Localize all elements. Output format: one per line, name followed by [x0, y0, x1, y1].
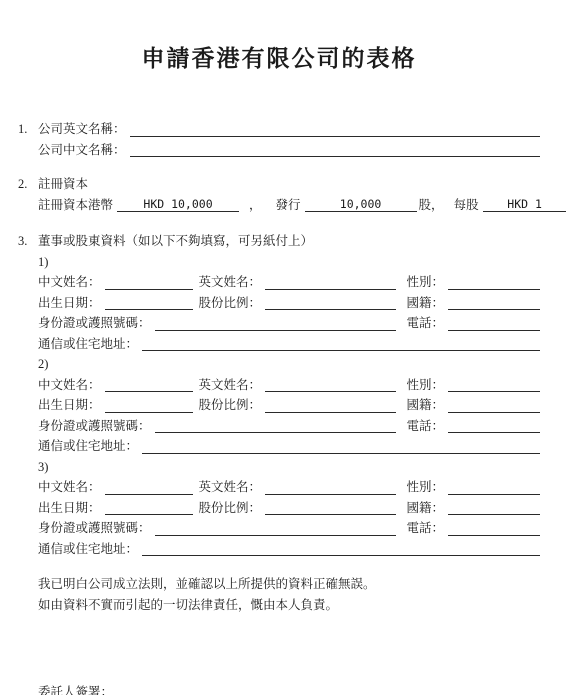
member-block: 1) 中文姓名： 英文姓名： 性別： 出生日期： 股份比例： 國籍： 身份證或護…: [18, 252, 540, 355]
nationality-field[interactable]: [448, 397, 540, 413]
gender-label: 性別：: [406, 272, 444, 293]
member-address-row: 通信或住宅地址：: [38, 436, 540, 457]
registered-capital-heading: 註冊資本: [38, 174, 88, 195]
address-field[interactable]: [142, 540, 540, 556]
birth-date-label: 出生日期：: [38, 498, 101, 519]
declaration-line2-row: 如由資料不實而引起的一切法律責任，慨由本人負責。: [38, 595, 540, 616]
id-passport-label: 身份證或護照號碼：: [38, 518, 151, 539]
company-chinese-name-label: 公司中文名稱：: [38, 140, 126, 161]
chinese-name-field[interactable]: [105, 274, 193, 290]
directors-heading: 董事或股東資料（如以下不夠填寫，可另紙付上）: [38, 231, 313, 252]
declaration-line1: 我已明白公司成立法則，並確認以上所提供的資料正確無誤。: [38, 574, 376, 595]
member-block: 3) 中文姓名： 英文姓名： 性別： 出生日期： 股份比例： 國籍： 身份證或護…: [18, 457, 540, 560]
phone-field[interactable]: [448, 315, 540, 331]
id-passport-label: 身份證或護照號碼：: [38, 313, 151, 334]
declaration-line2: 如由資料不實而引起的一切法律責任，慨由本人負責。: [38, 595, 338, 616]
section3-number: 3.: [18, 231, 38, 252]
directors-heading-row: 3. 董事或股東資料（如以下不夠填寫，可另紙付上）: [18, 231, 540, 252]
share-ratio-field[interactable]: [265, 499, 396, 515]
member-address-row: 通信或住宅地址：: [38, 334, 540, 355]
nationality-label: 國籍：: [406, 498, 444, 519]
share-ratio-field[interactable]: [265, 397, 396, 413]
signature-row: 委託人簽署：: [38, 682, 540, 695]
per-share-price-field[interactable]: HKD 1: [483, 196, 566, 212]
birth-date-field[interactable]: [105, 499, 193, 515]
phone-field[interactable]: [448, 417, 540, 433]
issued-shares-field[interactable]: 10,000: [305, 196, 417, 212]
capital-hkd-label: 註冊資本港幣: [38, 195, 113, 216]
member-birth-row: 出生日期： 股份比例： 國籍：: [38, 498, 540, 519]
form-title: 申請香港有限公司的表格: [18, 40, 540, 73]
company-chinese-name-row: 公司中文名稱：: [38, 140, 540, 161]
gender-field[interactable]: [448, 376, 540, 392]
chinese-name-label: 中文姓名：: [38, 477, 101, 498]
birth-date-label: 出生日期：: [38, 293, 101, 314]
member-names-row: 中文姓名： 英文姓名： 性別：: [38, 477, 540, 498]
capital-amount-field[interactable]: HKD 10,000: [117, 196, 239, 212]
member-id-row: 身份證或護照號碼： 電話：: [38, 518, 540, 539]
member-id-row: 身份證或護照號碼： 電話：: [38, 313, 540, 334]
nationality-label: 國籍：: [406, 395, 444, 416]
member-index-row: 2): [38, 354, 540, 375]
member-index-label: 3): [38, 457, 48, 478]
company-english-name-row: 1. 公司英文名稱：: [18, 119, 540, 140]
per-share-label: 每股: [454, 195, 479, 216]
nationality-field[interactable]: [448, 499, 540, 515]
chinese-name-field[interactable]: [105, 376, 193, 392]
address-label: 通信或住宅地址：: [38, 436, 138, 457]
chinese-name-field[interactable]: [105, 479, 193, 495]
company-english-name-field[interactable]: [130, 121, 540, 137]
shares-suffix: 股，: [419, 195, 444, 216]
form-page: 申請香港有限公司的表格 1. 公司英文名稱： 公司中文名稱： 2. 註冊資本 註…: [0, 0, 566, 695]
share-ratio-field[interactable]: [265, 294, 396, 310]
member-id-row: 身份證或護照號碼： 電話：: [38, 416, 540, 437]
company-chinese-name-field[interactable]: [130, 141, 540, 157]
share-ratio-label: 股份比例：: [199, 293, 262, 314]
member-index-row: 1): [38, 252, 540, 273]
member-birth-row: 出生日期： 股份比例： 國籍：: [38, 395, 540, 416]
comma-separator: ，: [249, 195, 262, 216]
share-ratio-label: 股份比例：: [199, 498, 262, 519]
gender-label: 性別：: [406, 477, 444, 498]
birth-date-label: 出生日期：: [38, 395, 101, 416]
directors-shareholders-section: 3. 董事或股東資料（如以下不夠填寫，可另紙付上） 1) 中文姓名： 英文姓名：…: [18, 231, 540, 559]
member-birth-row: 出生日期： 股份比例： 國籍：: [38, 293, 540, 314]
address-field[interactable]: [142, 335, 540, 351]
english-name-field[interactable]: [265, 479, 396, 495]
gender-field[interactable]: [448, 274, 540, 290]
registered-capital-values-row: 註冊資本港幣 HKD 10,000 ， 發行 10,000 股， 每股 HKD …: [38, 195, 540, 216]
section2-number: 2.: [18, 174, 38, 195]
member-names-row: 中文姓名： 英文姓名： 性別：: [38, 272, 540, 293]
id-passport-field[interactable]: [155, 417, 397, 433]
members-list: 1) 中文姓名： 英文姓名： 性別： 出生日期： 股份比例： 國籍： 身份證或護…: [18, 252, 540, 560]
english-name-field[interactable]: [265, 274, 396, 290]
signature-field[interactable]: [119, 684, 267, 695]
share-ratio-label: 股份比例：: [199, 395, 262, 416]
issue-label: 發行: [276, 195, 301, 216]
birth-date-field[interactable]: [105, 294, 193, 310]
registered-capital-heading-row: 2. 註冊資本: [18, 174, 540, 195]
address-label: 通信或住宅地址：: [38, 539, 138, 560]
registered-capital-section: 2. 註冊資本 註冊資本港幣 HKD 10,000 ， 發行 10,000 股，…: [18, 174, 540, 215]
phone-field[interactable]: [448, 520, 540, 536]
gender-field[interactable]: [448, 479, 540, 495]
address-label: 通信或住宅地址：: [38, 334, 138, 355]
section1-number: 1.: [18, 119, 38, 140]
english-name-label: 英文姓名：: [199, 375, 262, 396]
id-passport-field[interactable]: [155, 315, 397, 331]
english-name-label: 英文姓名：: [199, 477, 262, 498]
company-english-name-label: 公司英文名稱：: [38, 119, 126, 140]
nationality-field[interactable]: [448, 294, 540, 310]
gender-label: 性別：: [406, 375, 444, 396]
english-name-label: 英文姓名：: [199, 272, 262, 293]
id-passport-field[interactable]: [155, 520, 397, 536]
member-index-label: 2): [38, 354, 48, 375]
birth-date-field[interactable]: [105, 397, 193, 413]
english-name-field[interactable]: [265, 376, 396, 392]
nationality-label: 國籍：: [406, 293, 444, 314]
phone-label: 電話：: [406, 416, 444, 437]
signature-label: 委託人簽署：: [38, 682, 113, 695]
phone-label: 電話：: [406, 518, 444, 539]
member-index-row: 3): [38, 457, 540, 478]
chinese-name-label: 中文姓名：: [38, 272, 101, 293]
id-passport-label: 身份證或護照號碼：: [38, 416, 151, 437]
member-address-row: 通信或住宅地址：: [38, 539, 540, 560]
member-block: 2) 中文姓名： 英文姓名： 性別： 出生日期： 股份比例： 國籍： 身份證或護…: [18, 354, 540, 457]
member-names-row: 中文姓名： 英文姓名： 性別：: [38, 375, 540, 396]
declaration: 我已明白公司成立法則，並確認以上所提供的資料正確無誤。 如由資料不實而引起的一切…: [38, 574, 540, 616]
declaration-line1-row: 我已明白公司成立法則，並確認以上所提供的資料正確無誤。: [38, 574, 540, 595]
chinese-name-label: 中文姓名：: [38, 375, 101, 396]
address-field[interactable]: [142, 438, 540, 454]
member-index-label: 1): [38, 252, 48, 273]
phone-label: 電話：: [406, 313, 444, 334]
